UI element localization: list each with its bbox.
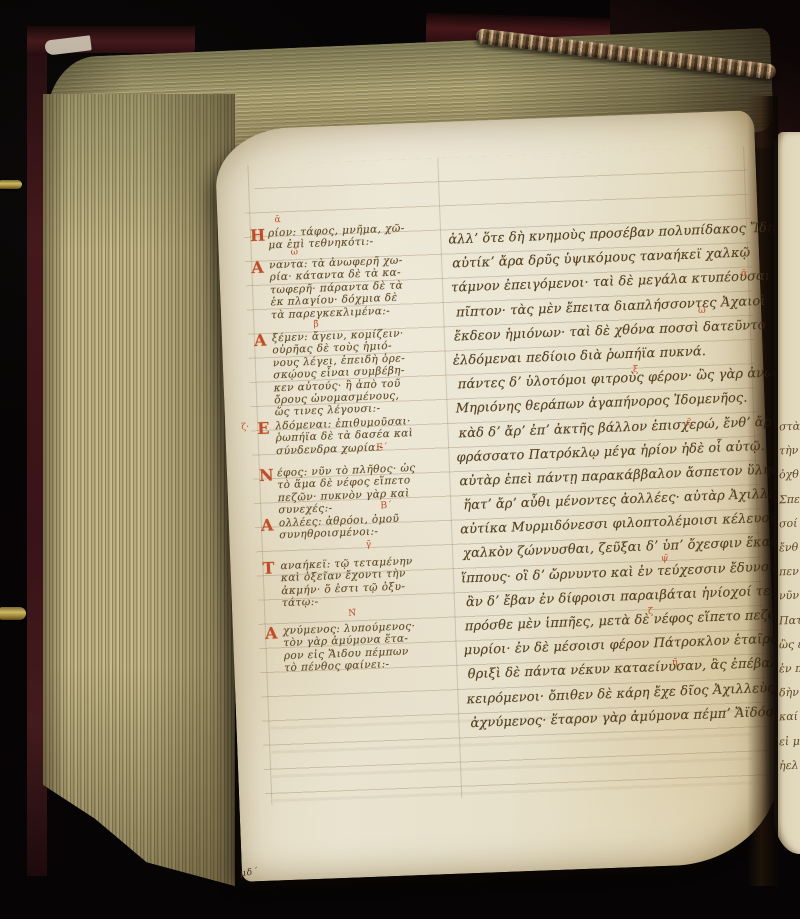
page-stack-fore-edge <box>43 94 235 886</box>
scholion-block: Ηᾱρίον: τάφος, μνῆμα, χῶ-μα ἐπὶ τεθνηκότ… <box>250 221 436 253</box>
scholion-number-sign: ᾱ <box>274 215 280 225</box>
scholion-block: ΑΝ̄χνύμενος: λυπούμενος·τὸν γὰρ ἀμύμονα … <box>265 619 452 676</box>
clasp-pin-bottom <box>0 607 26 620</box>
facing-page-fragment: ὀχθ <box>779 468 799 482</box>
reference-sign: ϛ̄ <box>686 417 691 428</box>
main-text-column: ἀλλʼ ὅτε δὴ κνημοὺς προσέβαν πολυπίδακος… <box>448 221 777 740</box>
scholion-block: Τγ̄αναήκεϊ: τῷ τεταμένηνκαὶ ὀξεῖαν ἔχοντ… <box>262 554 449 611</box>
scholion-block: Νέφος: νῦν τὸ πλῆθος· ὡςτὸ ἅμα δὲ νέφος … <box>259 461 446 518</box>
scholion-text: έφος: νῦν τὸ πλῆθος· ὡςτὸ ἅμα δὲ νέφος ε… <box>277 461 446 517</box>
scholion-initial: Η <box>250 226 266 246</box>
scholion-text: αναήκεϊ: τῷ τεταμένηνκαὶ ὀξεῖαν ἔχοντι τ… <box>280 554 449 610</box>
reference-sign: ξ̄ <box>633 364 638 375</box>
reference-sign: ᾱ <box>741 268 747 279</box>
scholion-text: ολλέες: ἀθρόοι, ὁμοῦσυνηθροισμένοι:- <box>279 511 447 542</box>
facing-page-fragment: καί <box>779 710 798 724</box>
facing-page-fragment: σοί <box>779 516 798 530</box>
facing-page-fragment: ἐν π <box>779 662 800 676</box>
reference-sign: ω̄ <box>698 305 706 316</box>
scholion-initial: Α <box>251 258 264 277</box>
scholion-initial: Ν <box>259 465 274 485</box>
scholion-initial: Α <box>254 331 267 350</box>
scholion-initial: Α <box>261 515 274 534</box>
scholion-text: ναντα: τὰ ἀνωφερῆ χω-ρία· κάταντα δὲ τὰ … <box>269 253 438 321</box>
reference-sign: ζ̄ <box>648 606 653 617</box>
scholion-block: Αβ̄ξέμεν: ἄγειν, κομίζειν·οὐρῆας δὲ τοὺς… <box>254 326 442 420</box>
scholion-number-sign: Ν̄ <box>348 608 356 618</box>
scholion-initial: Α <box>265 623 278 642</box>
reference-sign: η̄ <box>672 657 678 668</box>
facing-page-fragment: ἔνθ <box>779 541 799 555</box>
scholion-number-sign: β̄ <box>313 320 319 330</box>
facing-page-fragment: στὰ <box>779 420 800 434</box>
facing-page-fragment: ἠελ <box>779 758 799 772</box>
scholion-initial: Τ <box>262 558 275 577</box>
facing-page-fragment: πεν <box>779 565 799 579</box>
scholion-margin-sign: ζ· <box>241 422 249 432</box>
facing-page-fragment: Πατ <box>779 613 800 627</box>
facing-page-fragment: δὴν <box>779 686 799 700</box>
scholion-number-sign: ω̄ <box>291 247 299 257</box>
facing-page-fragment: τὴν <box>779 444 799 458</box>
scholia-column: Ηᾱρίον: τάφος, μνῆμα, χῶ-μα ἐπὶ τεθνηκότ… <box>246 122 462 829</box>
scholion-block: Εζ·λδόμεναι: ἐπιθυμοῦσαι·ῥωπήϊα δὲ τὰ δα… <box>257 414 443 458</box>
facing-page-fragment: νῦν <box>779 589 800 603</box>
scholion-number-sign: γ̄ <box>366 540 372 550</box>
facing-page-fragment: Σπε <box>779 492 800 506</box>
scholion-initial: Ε <box>257 419 270 438</box>
gutter-shadow <box>747 96 778 886</box>
facing-page-fragment: ὣς ε <box>779 637 800 651</box>
reference-sign: ψ̄ <box>661 553 668 564</box>
scholion-text: ξέμεν: ἄγειν, κομίζειν·οὐρῆας δὲ τοὺς ἡμ… <box>272 326 442 419</box>
manuscript-photo: Ηᾱρίον: τάφος, μνῆμα, χῶ-μα ἐπὶ τεθνηκότ… <box>0 0 800 919</box>
manuscript-page: Ηᾱρίον: τάφος, μνῆμα, χῶ-μα ἐπὶ τεθνηκότ… <box>214 110 782 882</box>
scholion-end-sign: Β´ <box>380 500 392 511</box>
scholion-text: λδόμεναι: ἐπιθυμοῦσαι·ῥωπήϊα δὲ τὰ δασέα… <box>275 414 443 457</box>
scholion-end-sign: Ε´ <box>376 442 388 453</box>
scholion-text: χνύμενος: λυπούμενος·τὸν γὰρ ἀμύμονα ἕτα… <box>283 619 452 675</box>
facing-page-fragment: εἰ μ <box>779 734 800 748</box>
clasp-pin-top <box>0 180 22 189</box>
scholion-block: Αω̄ναντα: τὰ ἀνωφερῆ χω-ρία· κάταντα δὲ … <box>251 253 438 322</box>
